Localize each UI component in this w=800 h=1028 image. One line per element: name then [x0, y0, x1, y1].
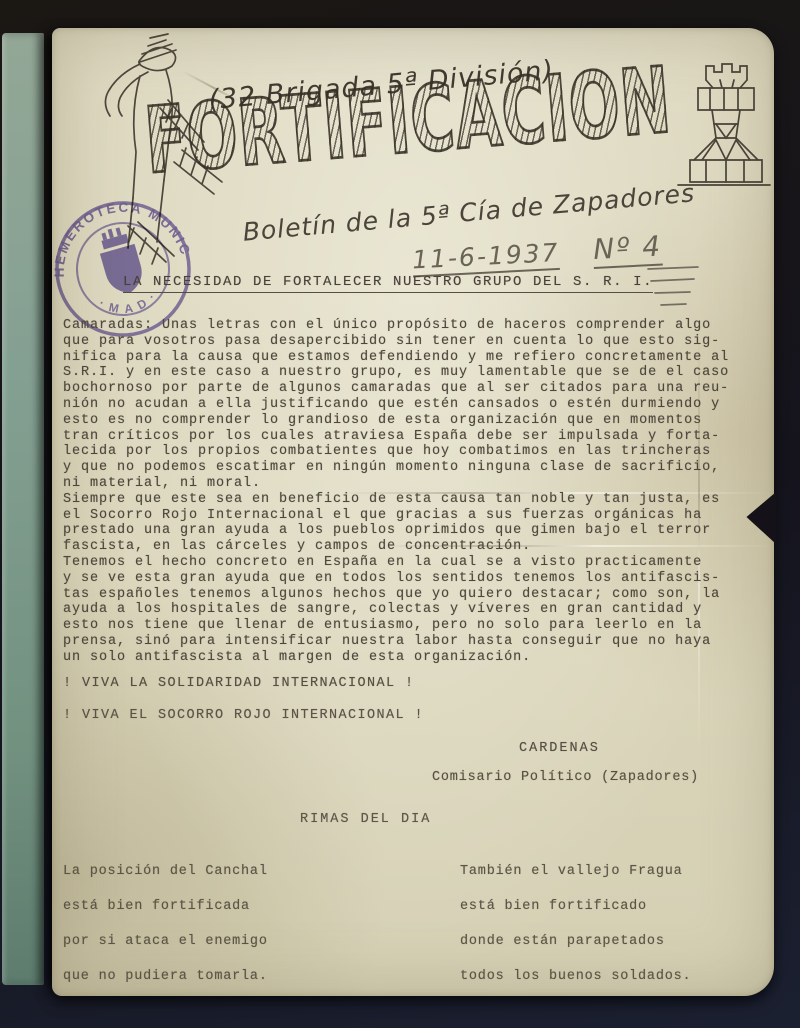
body-line: Camaradas: Unas letras con el único prop… — [63, 318, 775, 334]
body-line: Tenemos el hecho concreto en España en l… — [63, 555, 775, 571]
fort-tower-sketch-icon — [672, 54, 776, 190]
body-line: y que no podemos escatimar en ningún mom… — [63, 460, 775, 476]
body-line: tas españoles tenemos algunos hechos que… — [63, 587, 775, 603]
body-line: esto nos tiene que llenar de entusiasmo,… — [63, 618, 775, 634]
body-line: fascista, en las cárceles y campos de co… — [63, 539, 775, 555]
poem-line: está bien fortificada — [63, 889, 268, 924]
poem-left-column: La posición del Canchal está bien fortif… — [63, 854, 268, 994]
poem-line: está bien fortificado — [460, 889, 691, 924]
hand-dashes-icon — [642, 262, 704, 312]
body-line: nión no acudan a ella justificando que e… — [63, 397, 775, 413]
rhymes-heading: RIMAS DEL DIA — [300, 812, 431, 827]
signature-role: Comisario Político (Zapadores) — [432, 770, 699, 785]
adjacent-page-edge — [2, 33, 44, 985]
body-line: tran críticos por los cuales atraviesa E… — [63, 429, 775, 445]
poem-line: donde están parapetados — [460, 924, 691, 959]
body-line: que para vosotros pasa desapercibido sin… — [63, 334, 775, 350]
signature-name: CARDENAS — [519, 741, 600, 756]
article-heading: LA NECESIDAD DE FORTALECER NUESTRO GRUPO… — [123, 274, 653, 293]
body-line: prensa, sinó para intensificar nuestra l… — [63, 634, 775, 650]
poem-line: La posición del Canchal — [63, 854, 268, 889]
poem-line: por si ataca el enemigo — [63, 924, 268, 959]
scanned-bulletin-page: HEMEROTECA MUNICIPAL · M A D · (32 Briga… — [0, 0, 800, 1028]
article-body: Camaradas: Unas letras con el único prop… — [63, 318, 775, 666]
body-line: el Socorro Rojo Internacional el que gra… — [63, 508, 775, 524]
body-line: un solo antifascista al margen de esta o… — [63, 650, 775, 666]
body-line: ayuda a los hospitales de sangre, colect… — [63, 602, 775, 618]
body-line: nifica para la causa que estamos defendi… — [63, 350, 775, 366]
body-line: ni material, ni moral. — [63, 476, 775, 492]
poem-line: que no pudiera tomarla. — [63, 959, 268, 994]
body-line: prestado una gran ayuda a los pueblos op… — [63, 523, 775, 539]
body-line: y se ve esta gran ayuda que en todos los… — [63, 571, 775, 587]
body-line: lecida por los propios combatientes que … — [63, 444, 775, 460]
body-line: Siempre que este sea en beneficio de est… — [63, 492, 775, 508]
slogan-solidaridad: ! VIVA LA SOLIDARIDAD INTERNACIONAL ! — [63, 676, 415, 691]
slogan-socorro-rojo: ! VIVA EL SOCORRO ROJO INTERNACIONAL ! — [63, 708, 424, 723]
poem-right-column: También el vallejo Fragua está bien fort… — [460, 854, 691, 994]
body-line: bochornoso por parte de algunos camarada… — [63, 381, 775, 397]
body-line: S.R.I. y en este caso a nuestro grupo, e… — [63, 365, 775, 381]
poem-line: todos los buenos soldados. — [460, 959, 691, 994]
body-line: esto es no comprender lo grandioso de es… — [63, 413, 775, 429]
poem-line: También el vallejo Fragua — [460, 854, 691, 889]
